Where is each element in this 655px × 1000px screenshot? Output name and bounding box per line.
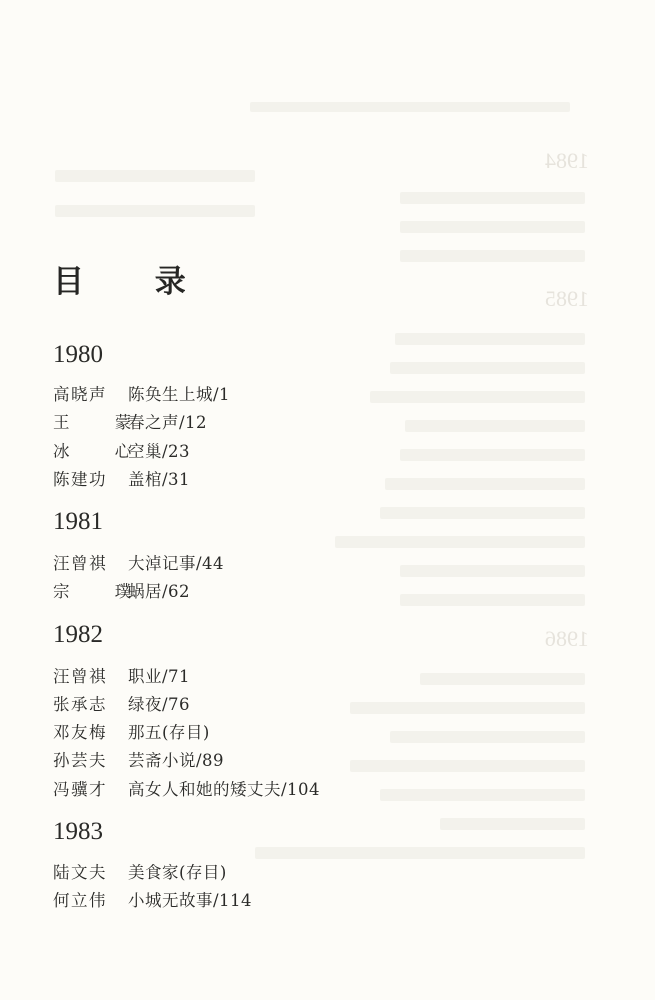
ghost-line: [55, 170, 255, 182]
entry-title: 小城无故事/114: [128, 889, 252, 913]
page-title: 目 录: [53, 256, 216, 301]
ghost-line: [400, 594, 585, 606]
entry-author: 冰 心: [53, 440, 123, 464]
ghost-year-1985: 1985: [545, 286, 589, 312]
entry-author: 冯骥才: [53, 778, 123, 802]
entry-author: 张承志: [53, 693, 123, 717]
entry-title: 蜗居/62: [128, 580, 190, 604]
entry-author: 汪曾祺: [53, 665, 123, 689]
toc-page: 1984 1985 1986 目 录 1980 高晓声 陈奂生上城/1 王 蒙 …: [0, 0, 655, 1000]
entry-title: 春之声/12: [128, 411, 207, 435]
ghost-line: [255, 847, 585, 859]
ghost-line: [400, 192, 585, 204]
ghost-line: [335, 536, 585, 548]
entry-title: 大淖记事/44: [128, 552, 224, 576]
ghost-year-1986: 1986: [545, 626, 589, 652]
entry-author: 汪曾祺: [53, 552, 123, 576]
ghost-line: [440, 818, 585, 830]
entry-title: 盖棺/31: [128, 468, 190, 492]
ghost-line: [400, 565, 585, 577]
entry-author: 孙芸夫: [53, 749, 123, 773]
entry-author: 宗 璞: [53, 580, 123, 604]
entry-title: 职业/71: [128, 665, 190, 689]
ghost-line: [380, 789, 585, 801]
entry-title: 陈奂生上城/1: [128, 383, 230, 407]
entry-title: 空巢/23: [128, 440, 190, 464]
entry-author: 陆文夫: [53, 861, 123, 885]
entry-title: 美食家(存目): [128, 861, 227, 885]
ghost-line: [400, 221, 585, 233]
ghost-line: [420, 673, 585, 685]
section-year: 1982: [53, 621, 103, 649]
ghost-line: [350, 760, 585, 772]
entry-title: 高女人和她的矮丈夫/104: [128, 778, 320, 802]
ghost-line: [380, 507, 585, 519]
ghost-line: [370, 391, 585, 403]
ghost-line: [55, 205, 255, 217]
entry-author: 高晓声: [53, 383, 123, 407]
entry-author: 陈建功: [53, 468, 123, 492]
section-year: 1983: [53, 818, 103, 846]
entry-title: 芸斋小说/89: [128, 749, 224, 773]
ghost-line: [400, 250, 585, 262]
section-year: 1981: [53, 508, 103, 536]
ghost-running-header: [250, 102, 570, 112]
ghost-line: [405, 420, 585, 432]
entry-author: 邓友梅: [53, 721, 123, 745]
ghost-line: [390, 362, 585, 374]
ghost-line: [400, 449, 585, 461]
ghost-line: [390, 731, 585, 743]
ghost-year-1984: 1984: [545, 148, 589, 174]
entry-author: 何立伟: [53, 889, 123, 913]
ghost-line: [385, 478, 585, 490]
section-year: 1980: [53, 341, 103, 369]
entry-title: 那五(存目): [128, 721, 210, 745]
entry-author: 王 蒙: [53, 411, 123, 435]
ghost-line: [350, 702, 585, 714]
entry-title: 绿夜/76: [128, 693, 190, 717]
ghost-line: [395, 333, 585, 345]
